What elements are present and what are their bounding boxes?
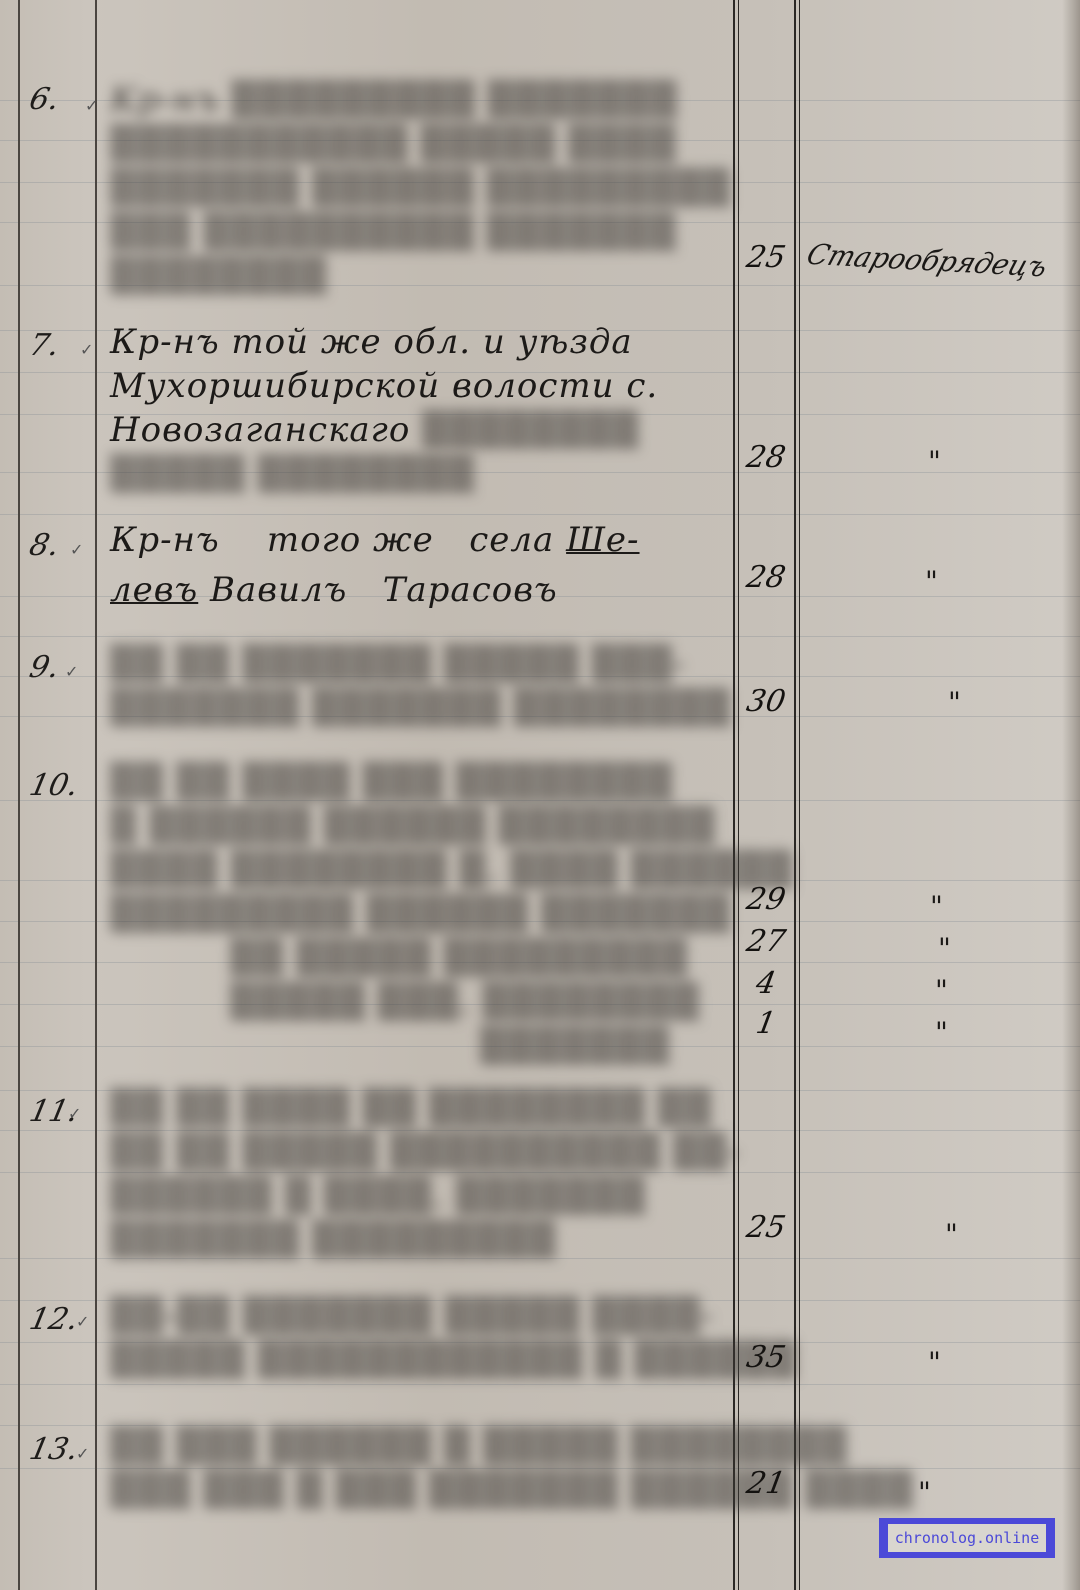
entry-age: 29: [737, 882, 795, 917]
ditto-mark: ": [928, 445, 941, 478]
ditto-mark: ": [945, 1218, 958, 1251]
page-edge-shadow: [1062, 0, 1080, 1590]
check-mark-icon: ✓: [85, 96, 98, 115]
entry-age: 1: [737, 1006, 795, 1041]
entry-text-redacted: ▒▒ ▒▒ ▒▒▒▒▒▒▒ ▒▒▒▒▒ ▒▒▒- ▒▒▒▒▒▒▒ ▒▒▒▒▒▒▒…: [110, 642, 725, 730]
ditto-mark: ": [935, 974, 948, 1007]
entry-text-redacted: Кр-нъ ▒▒▒▒▒▒▒▒▒ ▒▒▒▒▒▒▒ ▒▒▒▒▒▒▒▒▒▒▒ ▒▒▒▒…: [110, 78, 725, 298]
entry-number: 8.: [26, 528, 93, 563]
check-mark-icon: ✓: [76, 1312, 89, 1331]
entry-age: 25: [737, 240, 795, 275]
ditto-mark: ": [930, 890, 943, 923]
check-mark-icon: ✓: [70, 540, 83, 559]
entry-age: 4: [737, 966, 795, 1001]
remarks-column-line: [799, 0, 800, 1590]
check-mark-icon: ✓: [65, 662, 78, 681]
entry-text: Кр-нъ того же села Ше-Кр-нъ того же села…: [110, 518, 725, 612]
entry-age: 35: [737, 1340, 795, 1375]
entry-text-redacted: ▒▒ ▒▒▒ ▒▒▒▒▒▒ ▒ ▒▒▒▒▒ ▒▒▒▒▒▒▒▒ ▒▒▒ ▒▒▒ ▒…: [110, 1424, 725, 1512]
register-page: 6. ✓ Кр-нъ ▒▒▒▒▒▒▒▒▒ ▒▒▒▒▒▒▒ ▒▒▒▒▒▒▒▒▒▒▒…: [0, 0, 1080, 1590]
redacted-surname: ▒▒▒▒▒▒▒▒: [422, 410, 639, 450]
margin-line: [18, 0, 20, 1590]
entry-text-redacted: ▒▒ ▒▒ ▒▒▒▒ ▒▒ ▒▒▒▒▒▒▒▒ ▒▒ ▒▒ ▒▒ ▒▒▒▒▒ ▒▒…: [110, 1086, 725, 1262]
entry-text: Кр-нъ той же обл. и уѣзда Мухоршибирской…: [110, 320, 725, 496]
ditto-mark: ": [918, 1476, 931, 1509]
entry-age: 25: [737, 1210, 795, 1245]
ditto-mark: ": [925, 565, 938, 598]
entry-age: 27: [737, 924, 795, 959]
ruled-line: [0, 1384, 1080, 1385]
entry-text-redacted: ▒▒ ▒▒ ▒▒▒▒ ▒▒▒ ▒▒▒▒▒▒▒▒ ▒ ▒▒▒▒▒▒ ▒▒▒▒▒▒ …: [110, 760, 725, 1068]
ditto-mark: ": [948, 686, 961, 719]
entry-text-redacted: ▒▒-▒▒ ▒▒▒▒▒▒▒ ▒▒▒▒▒ ▒▒▒▒- ▒▒▒▒▒ ▒▒▒▒▒▒▒▒…: [110, 1294, 725, 1382]
entry-number: 11.: [26, 1094, 93, 1129]
check-mark-icon: ✓: [80, 340, 93, 359]
entry-number: 10.: [26, 768, 93, 803]
check-mark-icon: ✓: [76, 1444, 89, 1463]
watermark-badge: chronolog.online: [879, 1518, 1055, 1558]
surname-underlined: Ше-: [566, 520, 639, 560]
entry-age: 28: [737, 440, 795, 475]
entry-age: 28: [737, 560, 795, 595]
entry-number: 6.: [26, 82, 93, 117]
entry-remark: Старообрядецъ: [803, 238, 1052, 284]
number-column-line: [95, 0, 97, 1590]
ditto-mark: ": [935, 1016, 948, 1049]
entry-age: 21: [737, 1466, 795, 1501]
entry-age: 30: [737, 684, 795, 719]
check-mark-icon: ✓: [68, 1104, 81, 1123]
watermark-text: chronolog.online: [888, 1524, 1046, 1552]
entry-number: 9.: [26, 650, 93, 685]
ruled-line: [0, 514, 1080, 515]
ditto-mark: ": [938, 932, 951, 965]
ditto-mark: ": [928, 1346, 941, 1379]
ruled-line: [0, 636, 1080, 637]
